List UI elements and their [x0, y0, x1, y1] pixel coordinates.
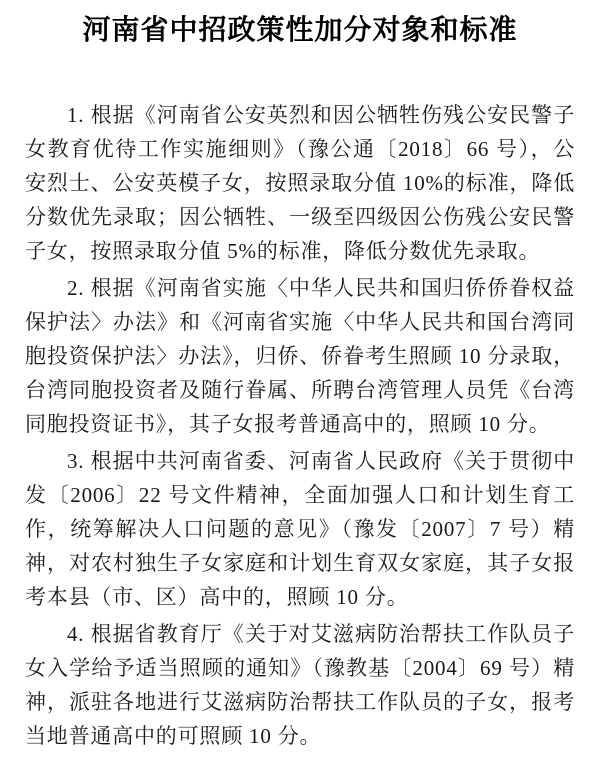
paragraph-overseas-chinese-taiwan: 2. 根据《河南省实施〈中华人民共和国归侨侨眷权益保护法〉办法》和《河南省实施〈…	[25, 271, 575, 441]
paragraph-aids-prevention-teams: 4. 根据省教育厅《关于对艾滋病防治帮扶工作队员子女入学给予适当照顾的通知》（豫…	[25, 617, 575, 753]
document-page: 河南省中招政策性加分对象和标准 1. 根据《河南省公安英烈和因公牺牲伤残公安民警…	[0, 0, 595, 772]
paragraph-police-martyrs: 1. 根据《河南省公安英烈和因公牺牲伤残公安民警子女教育优待工作实施细则》（豫公…	[25, 98, 575, 268]
document-body: 1. 根据《河南省公安英烈和因公牺牲伤残公安民警子女教育优待工作实施细则》（豫公…	[25, 98, 575, 753]
document-title: 河南省中招政策性加分对象和标准	[25, 9, 575, 51]
paragraph-family-planning: 3. 根据中共河南省委、河南省人民政府《关于贯彻中发〔2006〕22 号文件精神…	[25, 444, 575, 614]
